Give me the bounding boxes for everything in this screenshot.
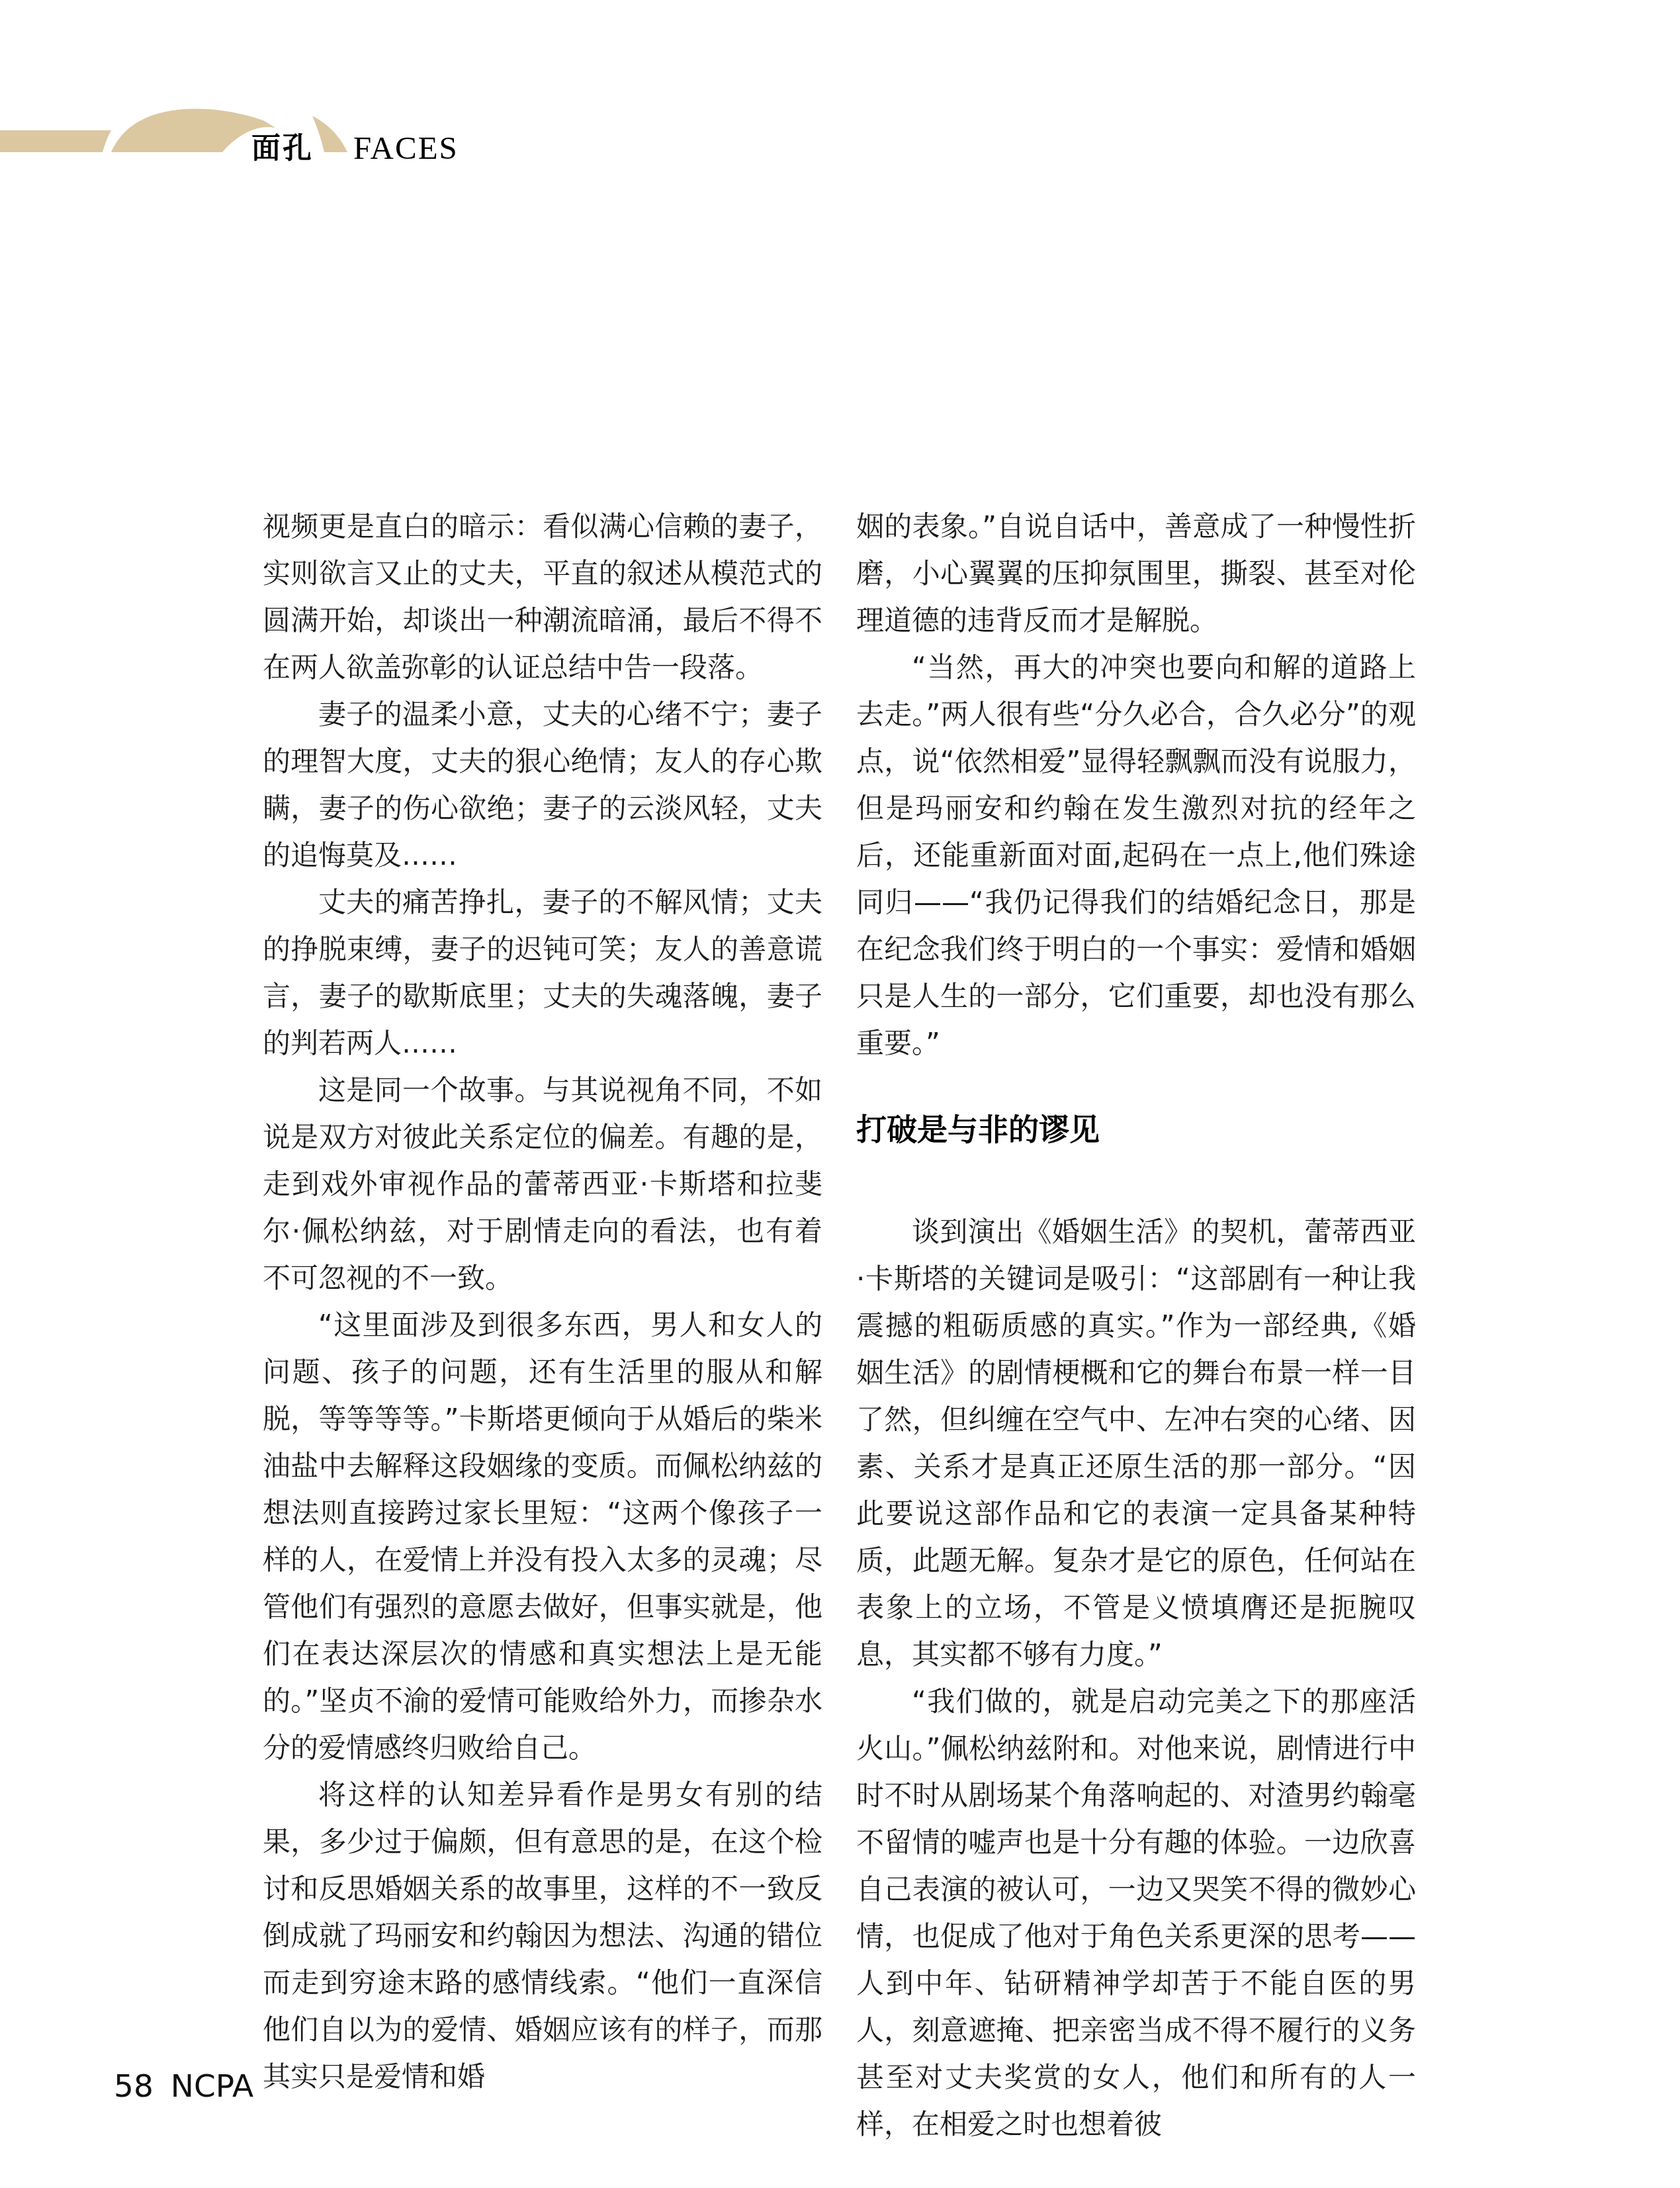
section-heading: 打破是与非的谬见 [856,1106,1416,1153]
body-paragraph: 姻的表象。”自说自话中，善意成了一种慢性折磨，小心翼翼的压抑氛围里，撕裂、甚至对… [856,503,1416,644]
body-paragraph: 将这样的认知差异看作是男女有别的结果，多少过于偏颇，但有意思的是，在这个检讨和反… [263,1771,822,2100]
section-title-en: FACES [353,129,459,167]
body-paragraph: 这是同一个故事。与其说视角不同，不如说是双方对彼此关系定位的偏差。有趣的是，走到… [263,1067,822,1301]
page-footer: 58 NCPA [114,2068,253,2105]
body-paragraph: “这里面涉及到很多东西，男人和女人的问题、孩子的问题，还有生活里的服从和解脱，等… [263,1301,822,1771]
article-column-right: 姻的表象。”自说自话中，善意成了一种慢性折磨，小心翼翼的压抑氛围里，撕裂、甚至对… [856,503,1416,2148]
dome-swoosh-shape [312,116,347,152]
body-paragraph: 谈到演出《婚姻生活》的契机，蕾蒂西亚·卡斯塔的关键词是吸引：“这部剧有一种让我震… [856,1208,1416,1678]
page-header: 面孔 FACES [0,93,596,192]
page-number: 58 [114,2068,154,2105]
section-title-cn: 面孔 [251,124,314,167]
publication-code: NCPA [171,2068,253,2105]
dome-wave-shape [111,109,275,152]
body-paragraph: 视频更是直白的暗示：看似满心信赖的妻子，实则欲言又止的丈夫，平直的叙述从模范式的… [263,503,822,691]
body-paragraph: 丈夫的痛苦挣扎，妻子的不解风情；丈夫的挣脱束缚，妻子的迟钝可笑；友人的善意谎言，… [263,879,822,1067]
body-paragraph: “当然，再大的冲突也要向和解的道路上去走。”两人很有些“分久必合，合久必分”的观… [856,644,1416,1067]
header-bar-shape [0,130,111,152]
article-column-left: 视频更是直白的暗示：看似满心信赖的妻子，实则欲言又止的丈夫，平直的叙述从模范式的… [263,503,822,2100]
body-paragraph: “我们做的，就是启动完美之下的那座活火山。”佩松纳兹附和。对他来说，剧情进行中时… [856,1678,1416,2148]
body-paragraph: 妻子的温柔小意，丈夫的心绪不宁；妻子的理智大度，丈夫的狠心绝情；友人的存心欺瞒，… [263,691,822,879]
magazine-page: 面孔 FACES 视频更是直白的暗示：看似满心信赖的妻子，实则欲言又止的丈夫，平… [0,0,1680,2188]
